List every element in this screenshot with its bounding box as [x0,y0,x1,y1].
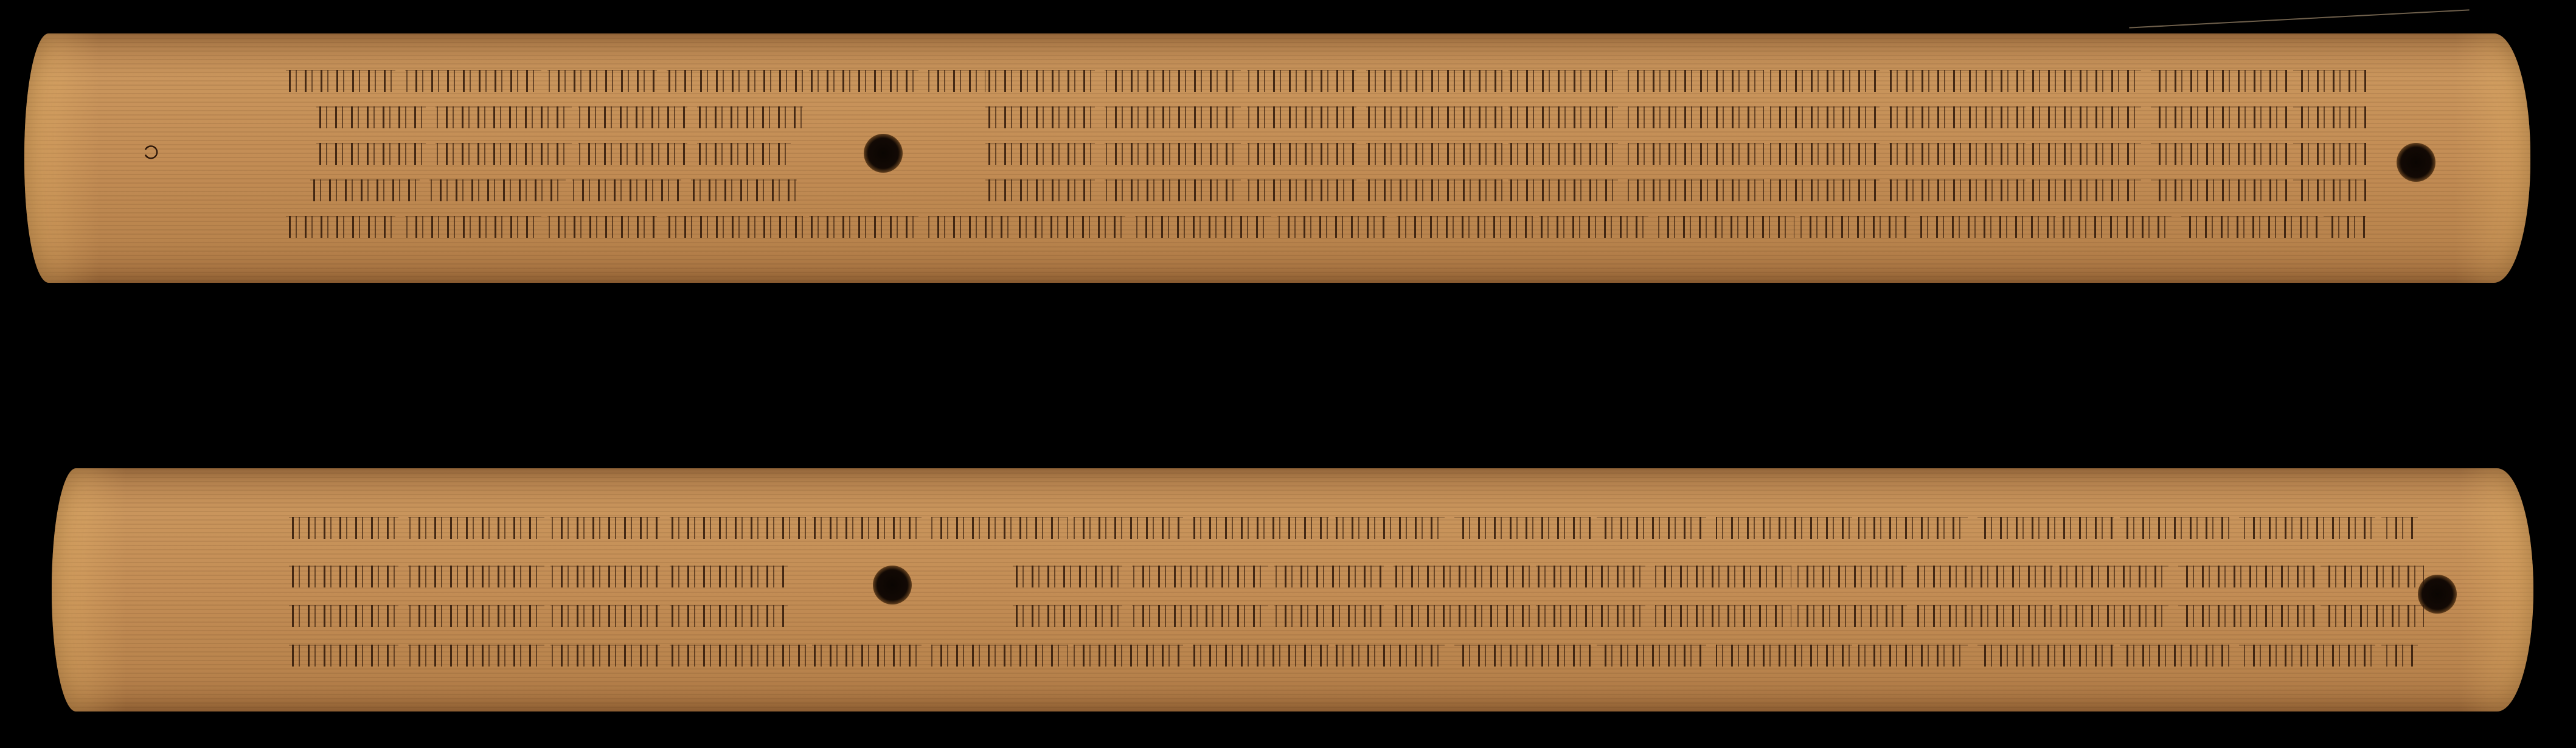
script-line [286,70,985,92]
script-line [289,517,2418,539]
script-line [985,106,2366,128]
loose-fiber [2129,9,2469,28]
script-line [1013,566,2424,587]
page-number: ၁ [143,131,159,173]
script-line [316,143,791,165]
script-line [985,143,2366,165]
script-line [316,106,803,128]
script-line [1013,605,2424,627]
palm-leaf-folio-1: ၁ [24,33,2530,283]
binding-hole-right [2397,143,2435,182]
script-line [286,216,1016,238]
script-line [289,566,788,587]
palm-leaf-folio-2 [52,468,2533,712]
script-line [985,70,2366,92]
script-line [985,179,2366,201]
binding-hole-left [864,134,903,173]
script-line [1016,216,2366,238]
binding-hole-left [873,566,912,604]
script-line [289,605,788,627]
script-line [289,645,2418,667]
script-line [310,179,797,201]
